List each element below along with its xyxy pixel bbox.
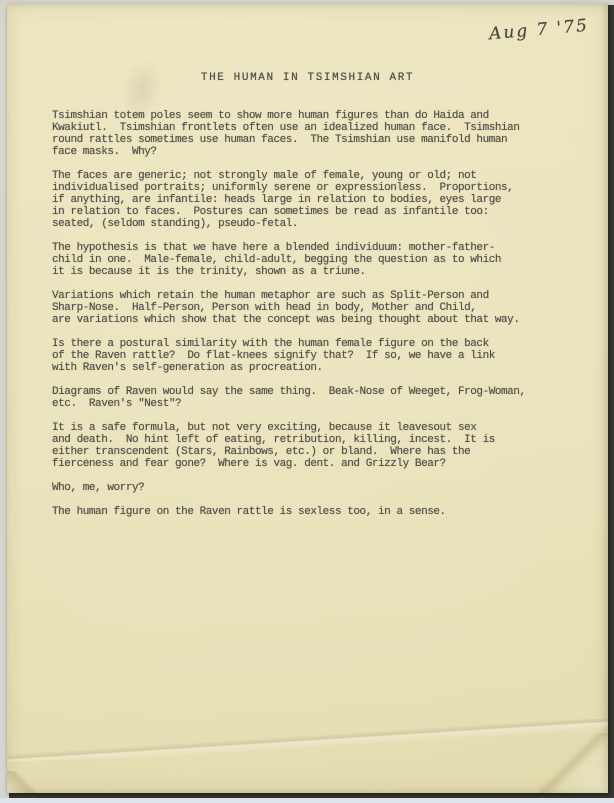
- scan-edge-bottom: [0, 798, 614, 803]
- paragraph: Is there a postural similarity with the …: [52, 338, 588, 374]
- paper-crease: [7, 719, 608, 762]
- handwritten-date: Aug 7 '75: [488, 16, 589, 45]
- corner-fold-bottom-right: [538, 733, 608, 793]
- paragraph: The hypothesis is that we have here a bl…: [52, 242, 588, 278]
- paragraph: It is a safe formula, but not very excit…: [52, 422, 588, 470]
- paragraph: Diagrams of Raven would say the same thi…: [52, 386, 588, 410]
- paragraph: Variations which retain the human metaph…: [52, 290, 588, 326]
- paper-page: Aug 7 '75 THE HUMAN IN TSIMSHIAN ART Tsi…: [7, 4, 608, 793]
- paragraph: The faces are generic; not strongly male…: [52, 170, 588, 230]
- corner-fold-bottom-left: [7, 771, 41, 793]
- paragraph: The human figure on the Raven rattle is …: [52, 506, 588, 518]
- paragraph: Who, me, worry?: [52, 482, 588, 494]
- scanned-document: Aug 7 '75 THE HUMAN IN TSIMSHIAN ART Tsi…: [0, 0, 614, 803]
- document-body: Tsimshian totem poles seem to show more …: [7, 110, 608, 518]
- page-title: THE HUMAN IN TSIMSHIAN ART: [7, 72, 608, 84]
